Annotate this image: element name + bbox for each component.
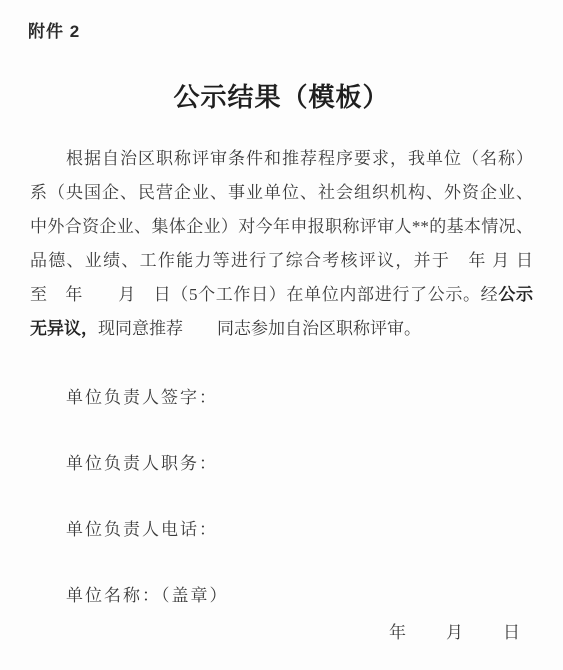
body-paragraph: 根据自治区职称评审条件和推荐程序要求，我单位（名称） 系（央国企、民营企业、事业…: [30, 142, 533, 346]
paragraph-line-1: 根据自治区职称评审条件和推荐程序要求，我单位（名称）: [30, 142, 533, 176]
signature-block: 单位负责人签字： 单位负责人职务： 单位负责人电话： 单位名称：（盖章）: [66, 388, 563, 606]
document-page: 附件 2 公示结果（模板） 根据自治区职称评审条件和推荐程序要求，我单位（名称）…: [0, 0, 563, 670]
responsible-person-position-label: 单位负责人职务：: [66, 454, 563, 474]
line-6-bold-text: 无异议，: [30, 319, 98, 338]
line-6-normal-text: 现同意推荐 同志参加自治区职称评审。: [98, 319, 421, 338]
responsible-person-phone-label: 单位负责人电话：: [66, 520, 563, 540]
paragraph-line-4: 品德、业绩、工作能力等进行了综合考核评议，并于 年 月 日: [30, 244, 533, 278]
attachment-label: 附件 2: [28, 22, 563, 42]
unit-name-seal-label: 单位名称：（盖章）: [66, 586, 563, 606]
responsible-person-signature-label: 单位负责人签字：: [66, 388, 563, 408]
paragraph-line-6: 无异议，现同意推荐 同志参加自治区职称评审。: [30, 312, 533, 346]
line-5-normal-text: 至 年 月 日（5个工作日）在单位内部进行了公示。经: [30, 285, 498, 304]
paragraph-line-3: 中外合资企业、集体企业）对今年申报职称评审人**的基本情况、: [30, 210, 533, 244]
paragraph-line-5: 至 年 月 日（5个工作日）在单位内部进行了公示。经公示: [30, 278, 533, 312]
date-line: 年 月 日: [0, 623, 563, 643]
paragraph-line-2: 系（央国企、民营企业、事业单位、社会组织机构、外资企业、: [30, 176, 533, 210]
document-title: 公示结果（模板）: [0, 84, 563, 112]
line-5-bold-text: 公示: [498, 285, 533, 304]
